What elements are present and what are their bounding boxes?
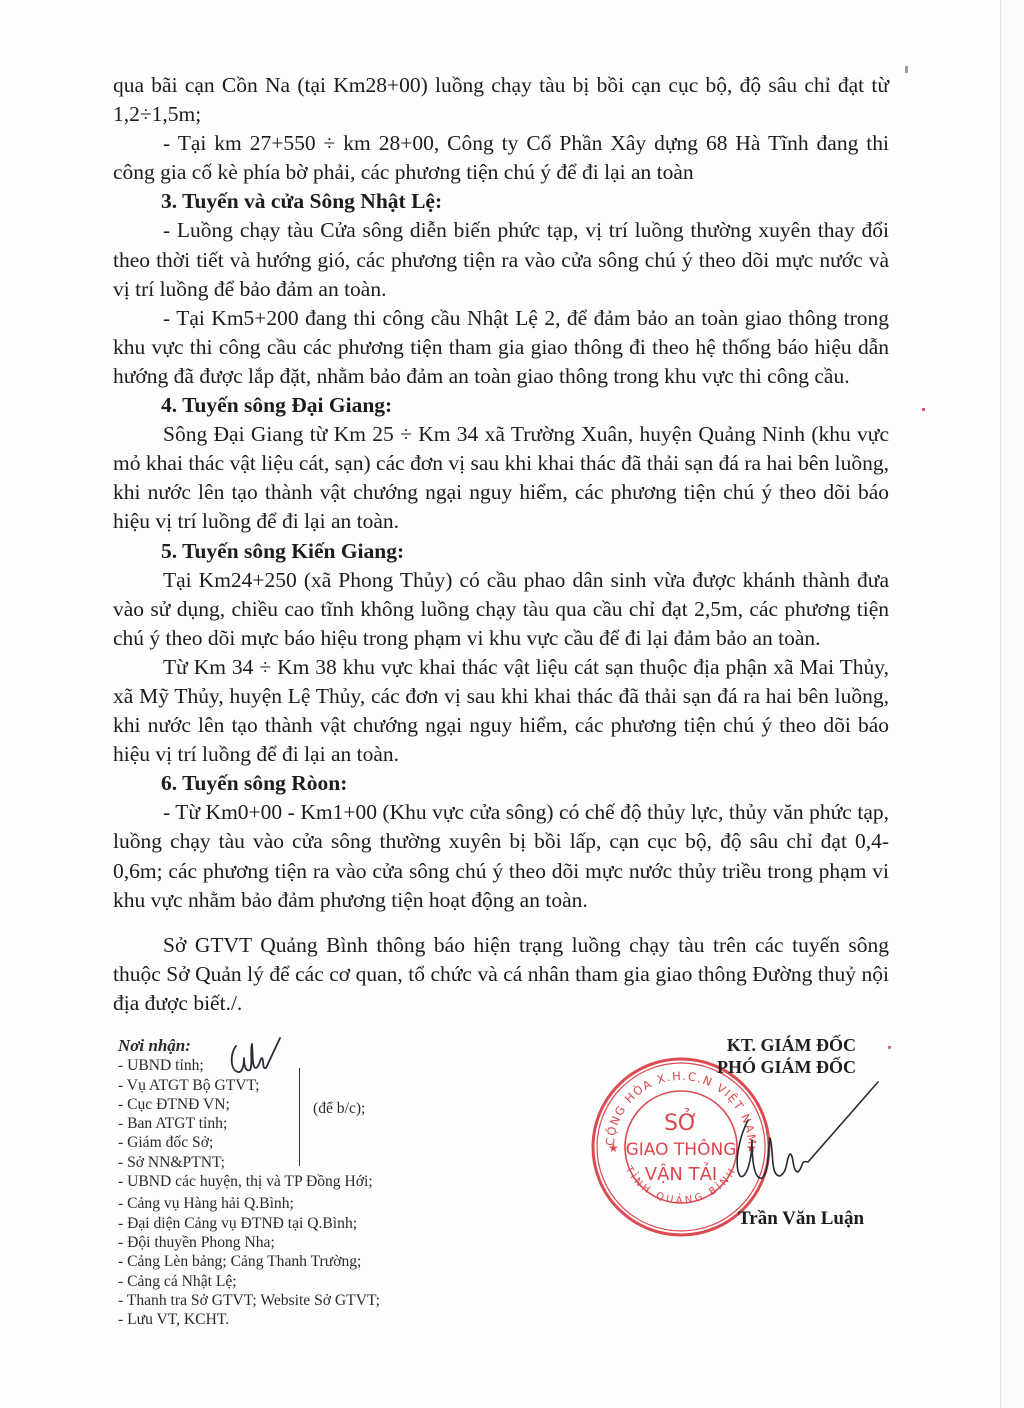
paragraph: qua bãi cạn Cồn Na (tại Km28+00) luồng c… (113, 71, 889, 129)
recipient-item: - Cảng cá Nhật Lệ; (118, 1272, 538, 1291)
recipient-item: - Đại diện Cảng vụ ĐTNĐ tại Q.Bình; (118, 1214, 538, 1233)
svg-text:★: ★ (608, 1141, 619, 1155)
signature-title-line2: PHÓ GIÁM ĐỐC (717, 1056, 856, 1078)
section-heading: 6. Tuyến sông Ròon: (113, 769, 889, 798)
closing-paragraph: Sở GTVT Quảng Bình thông báo hiện trạng … (113, 931, 889, 1018)
handwritten-signature-icon (730, 1080, 880, 1190)
recipients-title: Nơi nhận: (118, 1036, 538, 1055)
recipients-list: Nơi nhận: - UBND tỉnh; - Vụ ATGT Bộ GTVT… (118, 1036, 538, 1329)
svg-text:GIAO THÔNG: GIAO THÔNG (626, 1138, 737, 1160)
recipient-item: - Lưu VT, KCHT. (118, 1310, 538, 1329)
recipients-bracket-note: (để b/c); (313, 1100, 365, 1118)
paragraph: Tại Km24+250 (xã Phong Thủy) có cầu phao… (113, 566, 889, 653)
recipient-item: - Vụ ATGT Bộ GTVT; (118, 1076, 538, 1095)
section-heading: 5. Tuyến sông Kiến Giang: (113, 537, 889, 566)
scan-speck (905, 66, 908, 73)
recipient-item: - Giám đốc Sở; (118, 1133, 538, 1152)
recipient-item: - Đội thuyền Phong Nha; (118, 1233, 538, 1252)
paragraph: Sông Đại Giang từ Km 25 ÷ Km 34 xã Trườn… (113, 420, 889, 536)
svg-text:VẬN TẢI: VẬN TẢI (645, 1162, 717, 1185)
paragraph: Từ Km 34 ÷ Km 38 khu vực khai thác vật l… (113, 653, 889, 769)
scan-speck (888, 1046, 891, 1049)
document-body: qua bãi cạn Cồn Na (tại Km28+00) luồng c… (113, 71, 889, 1018)
recipient-item: - Cảng Lèn bảng; Cảng Thanh Trường; (118, 1252, 538, 1271)
recipient-item: - Thanh tra Sở GTVT; Website Sở GTVT; (118, 1291, 538, 1310)
signature-title-line1: KT. GIÁM ĐỐC (727, 1034, 856, 1056)
paragraph: - Luồng chạy tàu Cửa sông diễn biến phức… (113, 216, 889, 303)
paragraph: - Tại km 27+550 ÷ km 28+00, Công ty Cổ P… (113, 129, 889, 187)
section-heading: 3. Tuyến và cửa Sông Nhật Lệ: (113, 187, 889, 216)
recipient-item: - UBND tỉnh; (118, 1056, 538, 1075)
recipient-item: - Sở NN&PTNT; (118, 1153, 538, 1172)
recipient-item: - UBND các huyện, thị và TP Đồng Hới; (118, 1172, 538, 1191)
recipients-bracket (299, 1068, 300, 1166)
paragraph: - Từ Km0+00 - Km1+00 (Khu vực cửa sông) … (113, 798, 889, 914)
paragraph: - Tại Km5+200 đang thi công cầu Nhật Lệ … (113, 304, 889, 391)
section-heading: 4. Tuyến sông Đại Giang: (113, 391, 889, 420)
scan-speck (922, 408, 925, 411)
recipient-item: - Cảng vụ Hàng hải Q.Bình; (118, 1194, 538, 1213)
svg-text:SỞ: SỞ (664, 1108, 698, 1136)
initials-mark-icon (226, 1036, 282, 1078)
signer-name: Trần Văn Luận (738, 1208, 864, 1230)
